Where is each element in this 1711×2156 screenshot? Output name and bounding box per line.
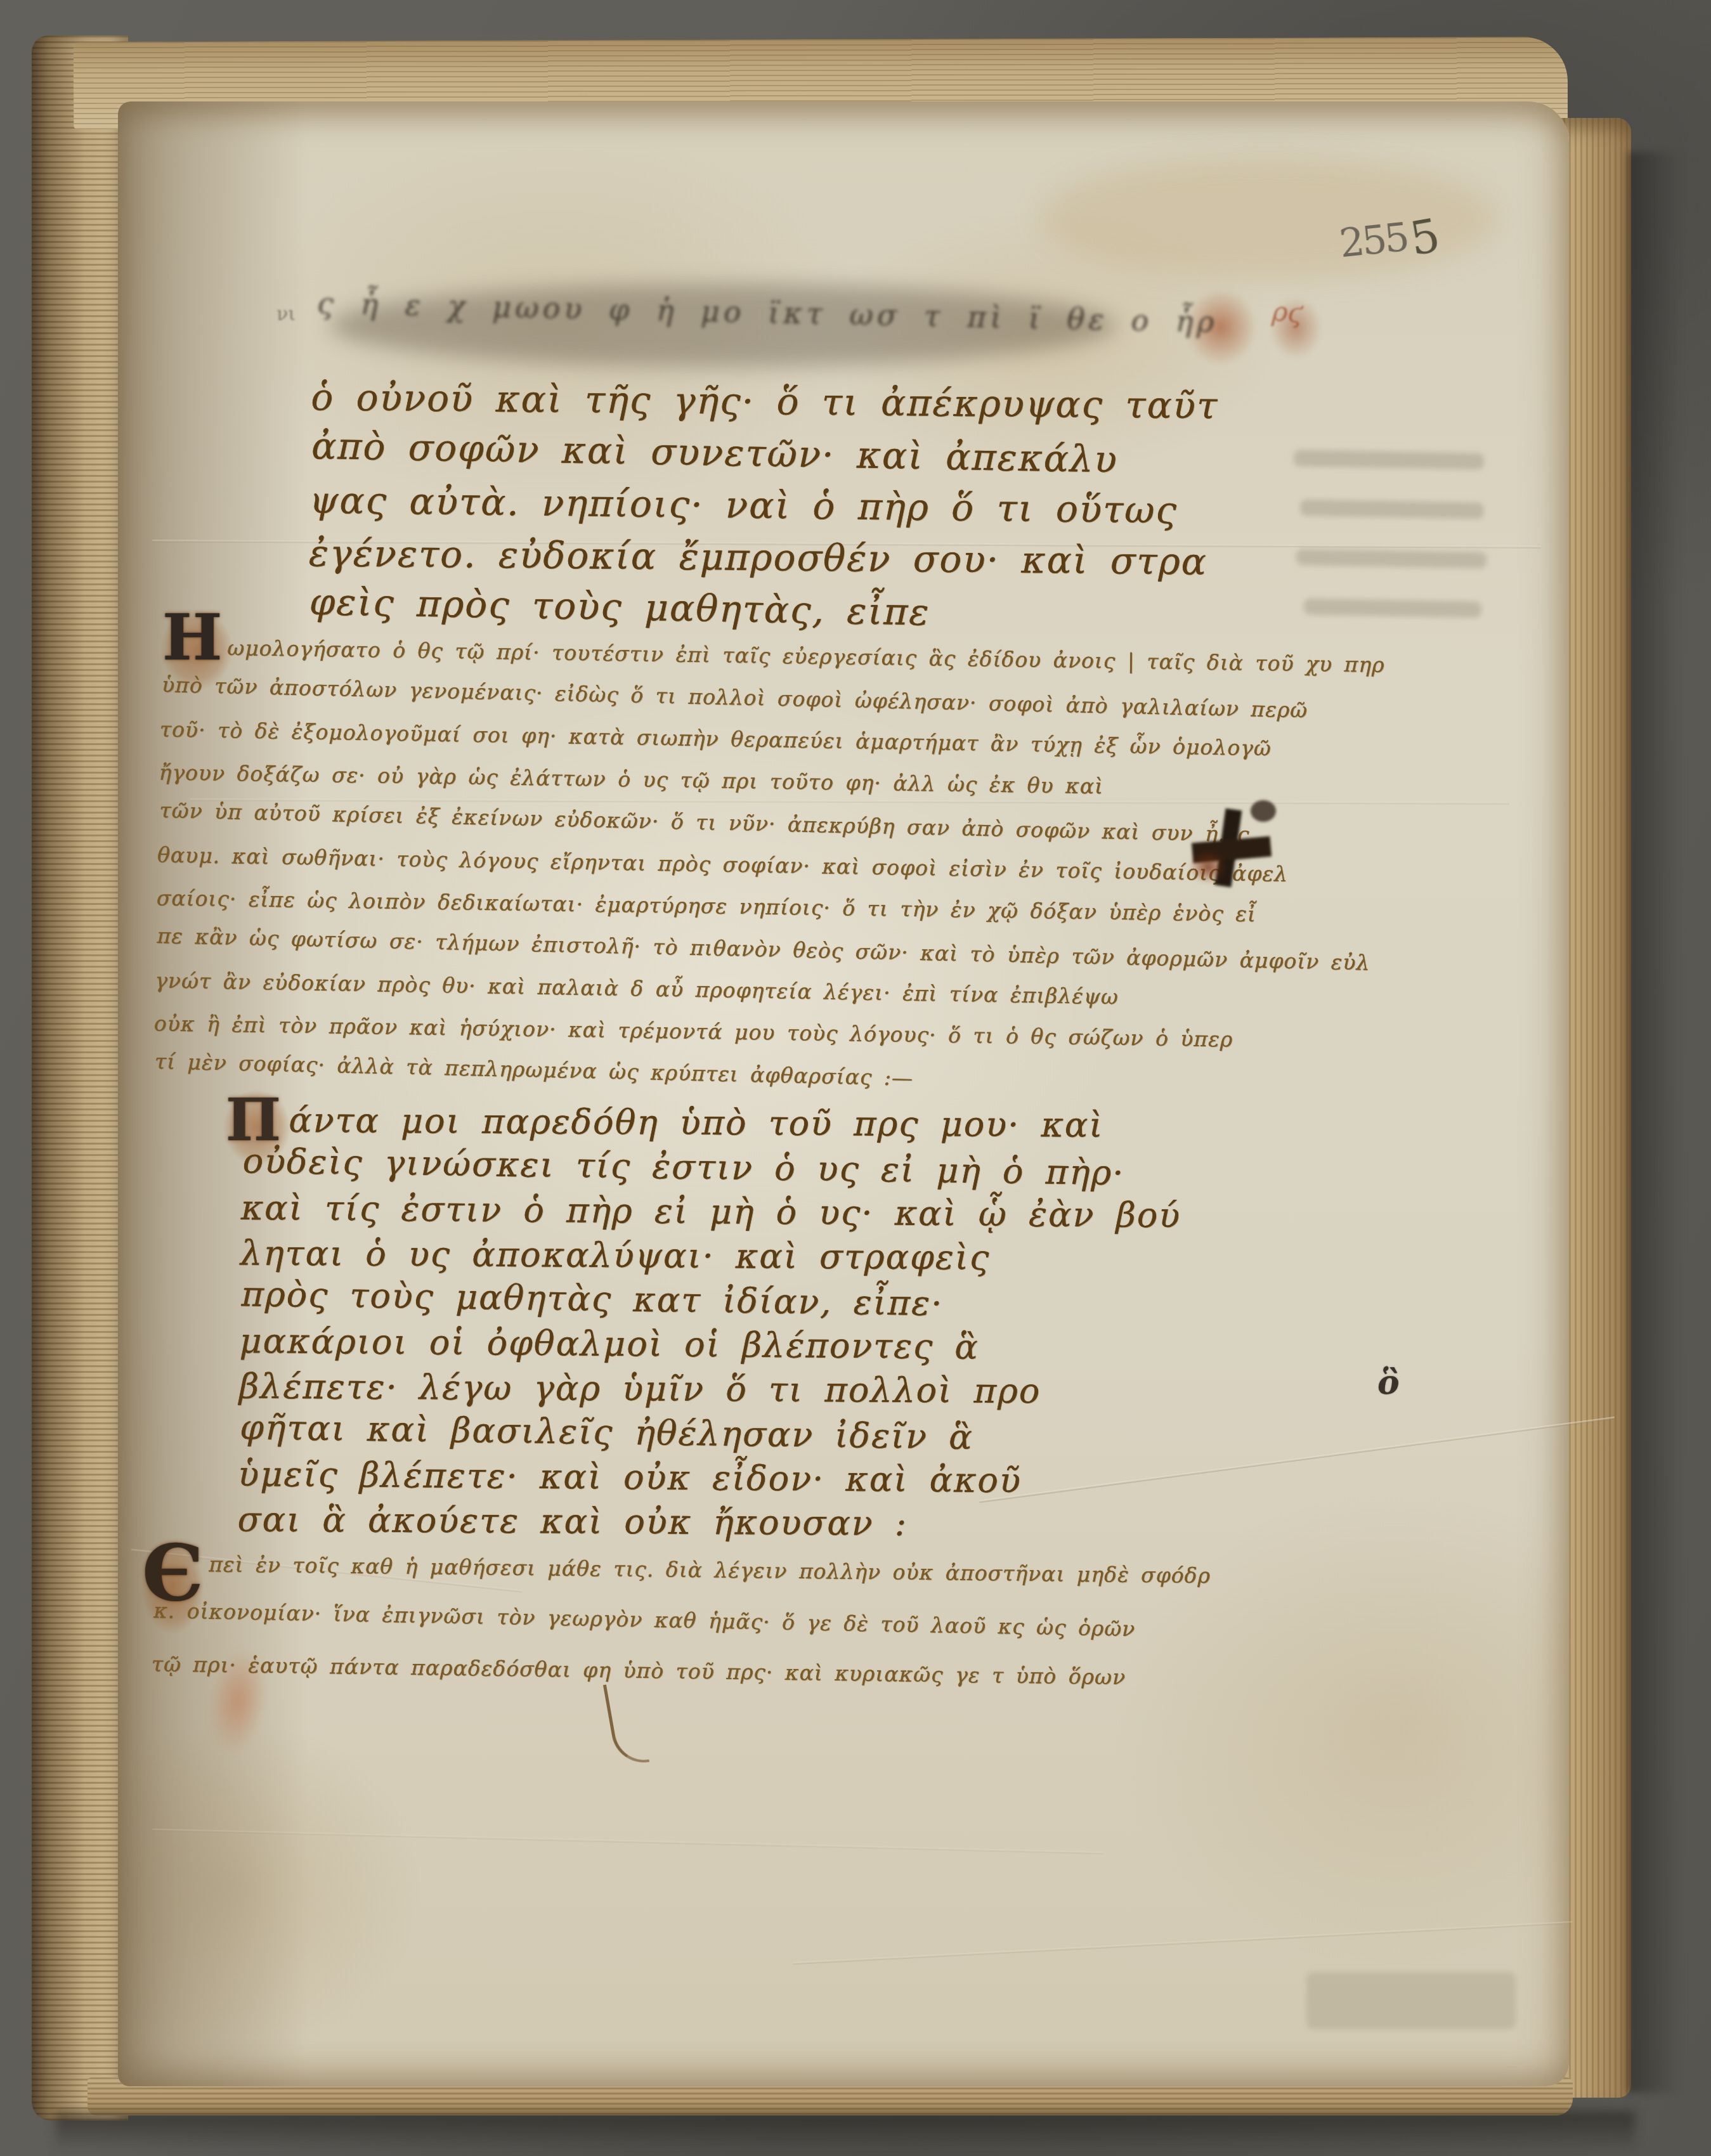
commentary-text-block-1: ωμολογήσατο ὁ θς τῷ πρί· τουτέστιν ἐπὶ τ…	[153, 624, 1240, 1105]
bleedthrough-ghost	[1306, 1972, 1516, 2029]
commentary-text-block-2: πεὶ ἐν τοῖς καθ ἡ μαθήσεσι μάθε τις. διὰ…	[151, 1536, 1232, 1706]
ink-blot	[1181, 804, 1282, 906]
manuscript-text-line: ὑμεῖς βλέπετε· καὶ οὐκ εἶδον· καὶ ἀκοῦ	[238, 1452, 1152, 1504]
folio-number: 255	[1337, 214, 1408, 267]
gospel-text-block-2: άντα μοι παρεδόθη ὑπὸ τοῦ πρς μου· καὶοὐ…	[237, 1096, 1155, 1549]
manuscript-text-line: μακάριοι οἱ ὀφθαλμοὶ οἱ βλέποντες ἃ	[239, 1319, 1153, 1371]
ink-blot-satellite	[1251, 800, 1276, 822]
bleedthrough-ghost	[1304, 599, 1481, 618]
rubric-fragment-red: ρϛ	[1271, 295, 1304, 328]
gospel-text-block-1: ὁ οὐνοῦ καὶ τῆς γῆς· ὅ τι ἀπέκρυψας ταῦτ…	[308, 369, 1212, 642]
bleedthrough-ghost	[1300, 499, 1484, 519]
ink-blot-rust	[1185, 846, 1232, 888]
bleedthrough-ghost	[1296, 549, 1487, 568]
manuscript-photo: 255 5 νι ς ἦ ε χ μωου φ ἡ μο ϊκτ ωσ τ πὶ…	[0, 0, 1711, 2156]
spine-page-edges	[32, 36, 128, 2120]
margin-omicron-gloss: ὃ	[1377, 1363, 1400, 1402]
book-cast-shadow-bottom	[56, 2112, 1635, 2152]
manuscript-text-line: καὶ τίς ἐστιν ὁ πὴρ εἰ μὴ ὁ υς· καὶ ᾧ ἐὰ…	[241, 1186, 1155, 1238]
manuscript-text-line: ψας αὐτὰ. νηπίοις· ναὶ ὁ πὴρ ὅ τι οὕτως	[309, 474, 1211, 537]
rubric-fragment-left: νι	[276, 303, 296, 325]
bleedthrough-ghost	[1294, 450, 1484, 469]
book-cast-shadow-right	[1627, 152, 1682, 2093]
